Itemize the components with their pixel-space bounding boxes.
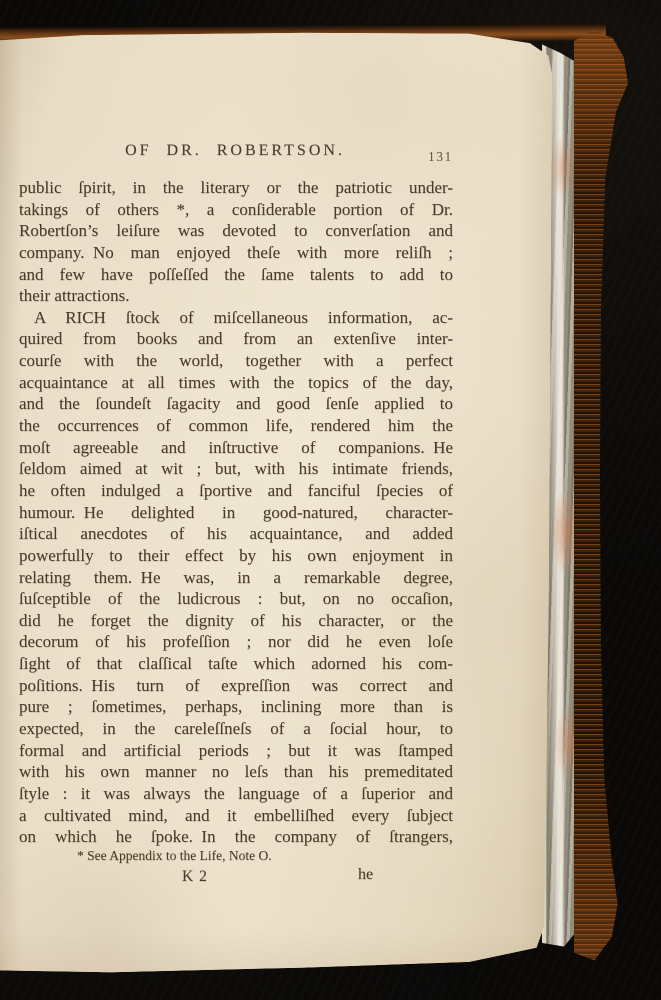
text-line: the occurrences of common life, rendered…	[19, 415, 453, 437]
text-line: formal and artificial periods ; but it w…	[19, 740, 453, 762]
text-line: iſtical anecdotes of his acquaintance, a…	[19, 523, 453, 545]
catchword: he	[358, 866, 373, 884]
text-line: takings of others *, a conſiderable port…	[19, 199, 453, 221]
text-line: and the ſoundeſt ſagacity and good ſenſe…	[19, 393, 453, 415]
text-line: acquaintance at all times with the topic…	[19, 372, 453, 394]
running-header: OF DR. ROBERTSON.	[19, 142, 451, 160]
paragraph: public ſpirit, in the literary or the pa…	[19, 177, 453, 307]
text-line: powerfully to their effect by his own en…	[19, 545, 453, 567]
text-line: with his own manner no leſs than his pre…	[19, 761, 453, 783]
body-text: public ſpirit, in the literary or the pa…	[19, 177, 453, 848]
text-line: did he forget the dignity of his charact…	[19, 610, 453, 632]
text-line: humour. He delighted in good-natured, ch…	[19, 502, 453, 524]
text-line: A RICH ſtock of miſcellaneous informatio…	[19, 307, 453, 329]
text-line: decorum of his profeſſion ; nor did he e…	[19, 631, 453, 653]
text-line: relating them. He was, in a remarkable d…	[19, 567, 453, 589]
page-number: 131	[428, 149, 453, 165]
text-line: he often indulged a ſportive and fancifu…	[19, 480, 453, 502]
text-line: ſuſceptible of the ludicrous : but, on n…	[19, 588, 453, 610]
text-line: poſitions. His turn of expreſſion was co…	[19, 675, 453, 697]
text-line: expected, in the careleſſneſs of a ſocia…	[19, 718, 453, 740]
text-line: ſeldom aimed at wit ; but, with his inti…	[19, 458, 453, 480]
text-line: and few have poſſeſſed the ſame talents …	[19, 264, 453, 286]
signature-mark: K 2	[182, 868, 208, 886]
text-line: their attractions.	[19, 285, 453, 307]
text-line: pure ; ſometimes, perhaps, inclining mor…	[19, 696, 453, 718]
text-line: quired from books and from an extenſive …	[19, 328, 453, 350]
text-line: Robertſon’s leiſure was devoted to conve…	[19, 220, 453, 242]
paragraph: A RICH ſtock of miſcellaneous informatio…	[19, 307, 453, 848]
text-line: company. No man enjoyed theſe with more …	[19, 242, 453, 264]
book-photograph: OF DR. ROBERTSON. 131 public ſpirit, in …	[0, 0, 661, 1000]
text-line: ſtyle : it was always the language of a …	[19, 783, 453, 805]
text-line: ſight of that claſſical taſte which ador…	[19, 653, 453, 675]
footnote: * See Appendix to the Life, Note O.	[19, 848, 451, 864]
text-line: a cultivated mind, and it embelliſhed ev…	[19, 805, 453, 827]
book-page: OF DR. ROBERTSON. 131 public ſpirit, in …	[0, 30, 552, 978]
text-line: moſt agreeable and inſtructive of compan…	[19, 437, 453, 459]
text-line: public ſpirit, in the literary or the pa…	[19, 177, 453, 199]
text-line: courſe with the world, together with a p…	[19, 350, 453, 372]
text-line: on which he ſpoke. In the company of ſtr…	[19, 826, 453, 848]
